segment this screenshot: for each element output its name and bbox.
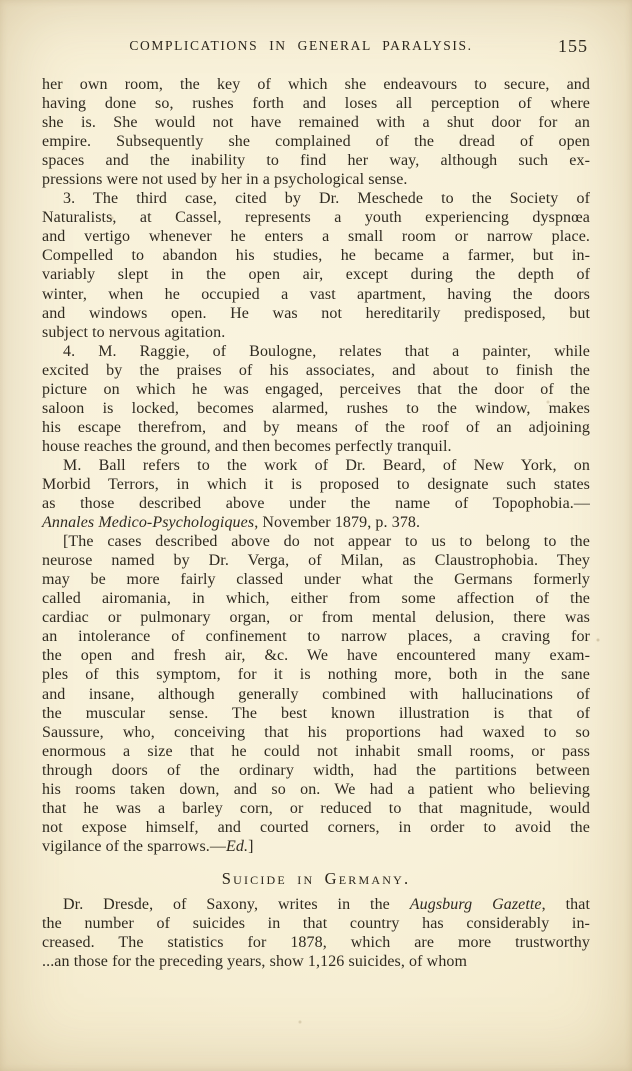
paragraph: Dr. Dresde, of Saxony, writes in the Aug… xyxy=(42,895,590,971)
running-header: COMPLICATIONS IN GENERAL PARALYSIS. 155 xyxy=(42,0,590,54)
paragraph: her own room, the key of which she endea… xyxy=(42,75,590,189)
text-line: his escape therefrom, and by means of th… xyxy=(42,418,590,437)
text-line: winter, when he occupied a vast apartmen… xyxy=(42,285,590,304)
text-line: ...an those for the preceding years, sho… xyxy=(42,952,590,971)
text-line: [The cases described above do not appear… xyxy=(42,532,590,551)
text-line: that he was a barley corn, or reduced to… xyxy=(42,799,590,818)
text-line: Dr. Dresde, of Saxony, writes in the Aug… xyxy=(42,895,590,914)
text-line: and windows open. He was not hereditaril… xyxy=(42,304,590,323)
text-line: the number of suicides in that country h… xyxy=(42,914,590,933)
text-line: as those described above under the name … xyxy=(42,494,590,513)
paragraph: 4. M. Raggie, of Boulogne, relates that … xyxy=(42,342,590,456)
section-paragraphs: Dr. Dresde, of Saxony, writes in the Aug… xyxy=(42,895,590,971)
body-paragraphs: her own room, the key of which she endea… xyxy=(42,75,590,856)
text-line: Annales Medico-Psychologiques, November … xyxy=(42,513,590,532)
text-line: pressions were not used by her in a psyc… xyxy=(42,170,590,189)
text-line: Saussure, who, conceiving that his propo… xyxy=(42,723,590,742)
text-line: excited by the praises of his associates… xyxy=(42,361,590,380)
text-line: picture on which he was engaged, perceiv… xyxy=(42,380,590,399)
text-line: not expose himself, and courted corners,… xyxy=(42,818,590,837)
text-line: having done so, rushes forth and loses a… xyxy=(42,94,590,113)
page-body: her own room, the key of which she endea… xyxy=(42,75,590,971)
running-header-title: COMPLICATIONS IN GENERAL PARALYSIS. xyxy=(42,38,560,54)
text-line: the muscular sense. The best known illus… xyxy=(42,704,590,723)
text-line: neurose named by Dr. Verga, of Milan, as… xyxy=(42,551,590,570)
text-line: an intolerance of confinement to narrow … xyxy=(42,627,590,646)
text-line: she is. She would not have remained with… xyxy=(42,113,590,132)
text-line: called airomania, in which, either from … xyxy=(42,589,590,608)
text-line: 3. The third case, cited by Dr. Meschede… xyxy=(42,189,590,208)
text-line: subject to nervous agitation. xyxy=(42,323,590,342)
text-line: ples of this symptom, for it is nothing … xyxy=(42,665,590,684)
text-line: Naturalists, at Cassel, represents a you… xyxy=(42,208,590,227)
text-line: variably slept in the open air, except d… xyxy=(42,265,590,284)
text-line: the open and fresh air, &c. We have enco… xyxy=(42,646,590,665)
text-line: empire. Subsequently she complained of t… xyxy=(42,132,590,151)
page-number: 155 xyxy=(558,36,588,57)
text-line: cardiac or pulmonary organ, or from ment… xyxy=(42,608,590,627)
text-line: spaces and the inability to find her way… xyxy=(42,151,590,170)
text-line: M. Ball refers to the work of Dr. Beard,… xyxy=(42,456,590,475)
paragraph: [The cases described above do not appear… xyxy=(42,532,590,856)
paragraph: 3. The third case, cited by Dr. Meschede… xyxy=(42,189,590,341)
text-line: through doors of the ordinary width, had… xyxy=(42,761,590,780)
text-line: Morbid Terrors, in which it is proposed … xyxy=(42,475,590,494)
text-line: Compelled to abandon his studies, he bec… xyxy=(42,246,590,265)
text-line: and insane, although generally combined … xyxy=(42,685,590,704)
text-line: house reaches the ground, and then becom… xyxy=(42,437,590,456)
text-line: enormous a size that he could not inhabi… xyxy=(42,742,590,761)
text-line: saloon is locked, becomes alarmed, rushe… xyxy=(42,399,590,418)
text-line: and vertigo whenever he enters a small r… xyxy=(42,227,590,246)
text-line: creased. The statistics for 1878, which … xyxy=(42,933,590,952)
text-line: his rooms taken down, and so on. We had … xyxy=(42,780,590,799)
text-line: may be more fairly classed under what th… xyxy=(42,570,590,589)
book-page: COMPLICATIONS IN GENERAL PARALYSIS. 155 … xyxy=(0,0,632,1071)
text-line: vigilance of the sparrows.—Ed.] xyxy=(42,837,590,856)
section-heading: Suicide in Germany. xyxy=(42,869,590,888)
paragraph: M. Ball refers to the work of Dr. Beard,… xyxy=(42,456,590,532)
text-line: her own room, the key of which she endea… xyxy=(42,75,590,94)
text-line: 4. M. Raggie, of Boulogne, relates that … xyxy=(42,342,590,361)
